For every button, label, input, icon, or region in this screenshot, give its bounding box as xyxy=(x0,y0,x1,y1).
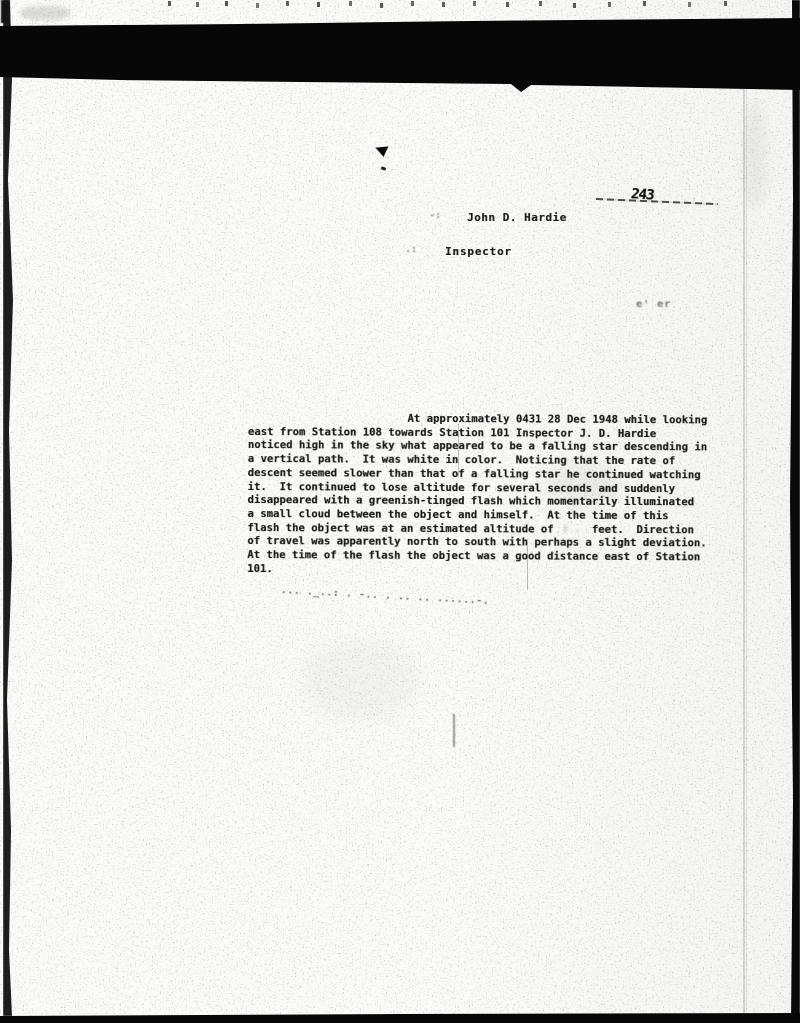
stray-ink-mark xyxy=(453,714,455,747)
scan-smudge xyxy=(20,6,70,20)
faded-right-margin-fragment: e' er xyxy=(636,299,671,310)
faded-label-before-title: .: xyxy=(405,244,417,255)
scan-smudge xyxy=(300,640,420,720)
vertical-scan-line xyxy=(746,84,747,1014)
page-number: 243 xyxy=(630,186,654,203)
report-paragraph: At approximately 0431 28 Dec 1948 while … xyxy=(247,412,707,579)
vertical-scan-line xyxy=(743,84,745,1014)
scanned-document-page: 243 -: John D. Hardie .: Inspector e' er… xyxy=(0,0,800,1023)
faded-label-before-name: -: xyxy=(429,210,441,221)
signature-name: John D. Hardie xyxy=(467,211,567,224)
film-corner-mark xyxy=(1,0,9,23)
film-sprocket-ticks xyxy=(168,1,171,6)
triangle-arrow-mark xyxy=(376,146,390,157)
signature-title: Inspector xyxy=(445,245,512,258)
